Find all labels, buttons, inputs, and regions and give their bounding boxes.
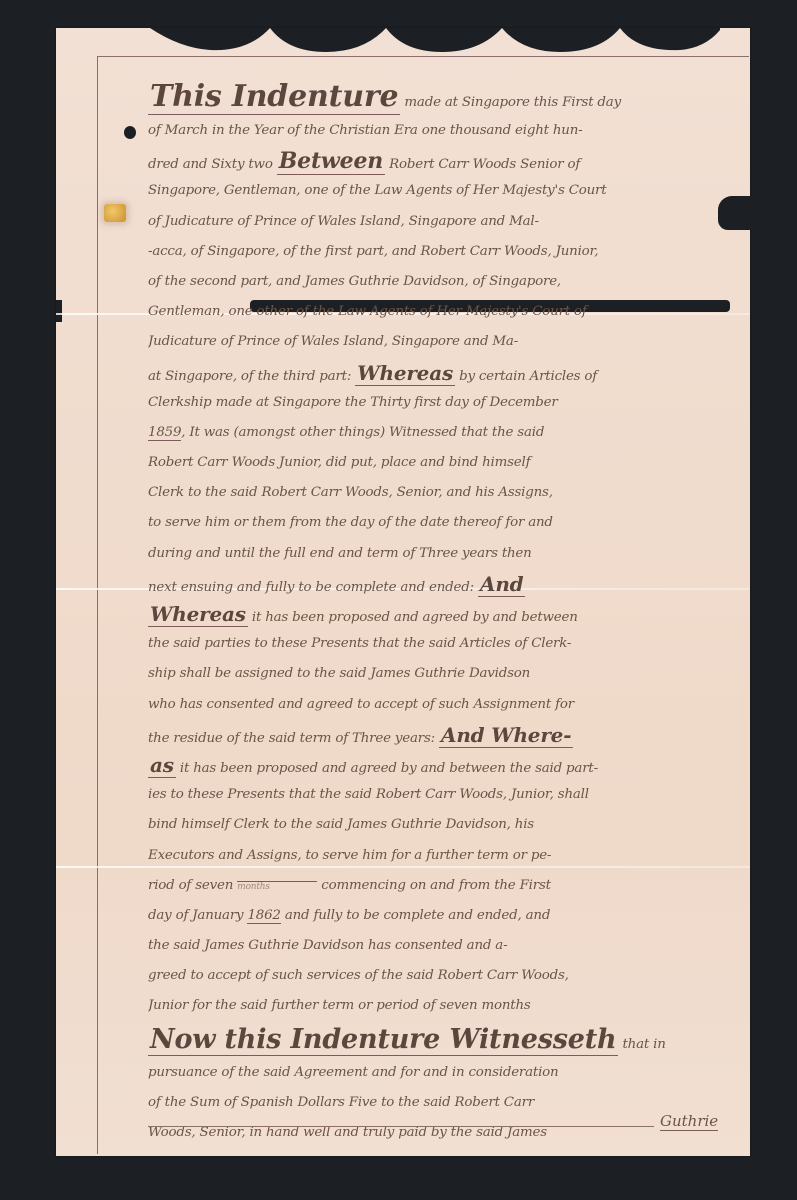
line-text: Executors and Assigns, to serve him for … xyxy=(148,848,551,863)
line-text: the said parties to these Presents that … xyxy=(148,636,571,651)
text-line: This Indenture made at Singapore this Fi… xyxy=(148,72,748,116)
line-text: it has been proposed and agreed by and b… xyxy=(180,761,598,776)
text-line: Robert Carr Woods Junior, did put, place… xyxy=(148,448,748,478)
line-text: of the second part, and James Guthrie Da… xyxy=(148,274,561,289)
heading-this-indenture: This Indenture xyxy=(148,79,400,115)
blank-text: months xyxy=(237,882,270,892)
line-text: of the Sum of Spanish Dollars Five to th… xyxy=(148,1095,534,1110)
line-text: made at Singapore this First day xyxy=(404,95,621,110)
text-line: dred and Sixty two Between Robert Carr W… xyxy=(148,146,748,176)
line-text: it has been proposed and agreed by and b… xyxy=(252,610,578,625)
line-text: pursuance of the said Agreement and for … xyxy=(148,1065,558,1080)
text-line: to serve him or them from the day of the… xyxy=(148,508,748,538)
line-text: , It was (amongst other things) Witnesse… xyxy=(181,425,544,440)
line-text: -acca, of Singapore, of the first part, … xyxy=(148,244,598,259)
filled-blank: months xyxy=(237,871,317,882)
line-text: Gentleman, one other of the Law Agents o… xyxy=(148,304,587,319)
text-line: during and until the full end and term o… xyxy=(148,539,748,569)
line-text: by certain Articles of xyxy=(459,369,597,384)
margin-line xyxy=(97,56,98,1154)
wax-seal-remnant xyxy=(104,204,126,222)
punch-hole xyxy=(124,126,136,139)
line-text: Clerkship made at Singapore the Thirty f… xyxy=(148,395,558,410)
line-text: of March in the Year of the Christian Er… xyxy=(148,123,582,138)
line-text: that in xyxy=(622,1037,665,1052)
text-line: ies to these Presents that the said Robe… xyxy=(148,780,748,810)
text-line: the said parties to these Presents that … xyxy=(148,629,748,659)
line-text: the said James Guthrie Davidson has cons… xyxy=(148,938,507,953)
line-text: greed to accept of such services of the … xyxy=(148,968,569,983)
line-text: at Singapore, of the third part: xyxy=(148,369,351,384)
heading-as: as xyxy=(148,753,176,778)
catchword: Guthrie xyxy=(660,1112,718,1131)
line-text: Junior for the said further term or peri… xyxy=(148,998,531,1013)
line-text: commencing on and from the First xyxy=(321,878,551,893)
text-line: greed to accept of such services of the … xyxy=(148,961,748,991)
heading-between: Between xyxy=(277,148,385,175)
line-text: Clerk to the said Robert Carr Woods, Sen… xyxy=(148,485,553,500)
text-line: Clerkship made at Singapore the Thirty f… xyxy=(148,388,748,418)
line-text: riod of seven xyxy=(148,878,233,893)
line-text: who has consented and agreed to accept o… xyxy=(148,697,574,712)
line-text: ies to these Presents that the said Robe… xyxy=(148,787,589,802)
text-line: Executors and Assigns, to serve him for … xyxy=(148,841,748,871)
heading-whereas: Whereas xyxy=(148,602,248,627)
line-text: and fully to be complete and ended, and xyxy=(285,908,550,923)
text-line: ship shall be assigned to the said James… xyxy=(148,659,748,689)
text-line: as it has been proposed and agreed by an… xyxy=(148,750,748,780)
line-text: ship shall be assigned to the said James… xyxy=(148,666,530,681)
top-ruled-line xyxy=(97,56,749,57)
text-line: Judicature of Prince of Wales Island, Si… xyxy=(148,327,748,357)
line-text: Woods, Senior, in hand well and truly pa… xyxy=(148,1125,547,1140)
line-text: of Judicature of Prince of Wales Island,… xyxy=(148,214,539,229)
text-line: next ensuing and fully to be complete an… xyxy=(148,569,748,599)
line-text: to serve him or them from the day of the… xyxy=(148,515,553,530)
bottom-ruled-line xyxy=(148,1126,654,1127)
text-line: of March in the Year of the Christian Er… xyxy=(148,116,748,146)
text-line: Woods, Senior, in hand well and truly pa… xyxy=(148,1118,748,1148)
line-text: Judicature of Prince of Wales Island, Si… xyxy=(148,334,518,349)
handwritten-text: This Indenture made at Singapore this Fi… xyxy=(148,72,748,1148)
line-text: Robert Carr Woods Senior of xyxy=(389,157,580,172)
heading-and-whereas: And Where- xyxy=(439,723,573,748)
text-line: Gentleman, one other of the Law Agents o… xyxy=(148,297,748,327)
text-line: of the Sum of Spanish Dollars Five to th… xyxy=(148,1088,748,1118)
line-text: day of January xyxy=(148,908,243,923)
text-line: Whereas it has been proposed and agreed … xyxy=(148,599,748,629)
text-line: Clerk to the said Robert Carr Woods, Sen… xyxy=(148,478,748,508)
text-line: at Singapore, of the third part: Whereas… xyxy=(148,358,748,388)
line-text: the residue of the said term of Three ye… xyxy=(148,731,435,746)
heading-whereas: Whereas xyxy=(355,361,455,386)
text-line: of Judicature of Prince of Wales Island,… xyxy=(148,207,748,237)
text-line: Singapore, Gentleman, one of the Law Age… xyxy=(148,176,748,206)
torn-edge-left xyxy=(56,300,62,322)
line-text: Robert Carr Woods Junior, did put, place… xyxy=(148,455,530,470)
text-line: Now this Indenture Witnesseth that in xyxy=(148,1022,748,1058)
line-text: bind himself Clerk to the said James Gut… xyxy=(148,817,534,832)
text-line: day of January 1862 and fully to be comp… xyxy=(148,901,748,931)
heading-now-this-indenture-witnesseth: Now this Indenture Witnesseth xyxy=(148,1024,618,1056)
text-line: who has consented and agreed to accept o… xyxy=(148,690,748,720)
text-line: riod of seven months commencing on and f… xyxy=(148,871,748,901)
line-text: Singapore, Gentleman, one of the Law Age… xyxy=(148,183,606,198)
line-text: dred and Sixty two xyxy=(148,157,273,172)
text-line: the residue of the said term of Three ye… xyxy=(148,720,748,750)
text-line: 1859, It was (amongst other things) Witn… xyxy=(148,418,748,448)
year-1859: 1859 xyxy=(148,425,181,441)
text-line: bind himself Clerk to the said James Gut… xyxy=(148,810,748,840)
year-1862: 1862 xyxy=(247,908,280,924)
text-line: the said James Guthrie Davidson has cons… xyxy=(148,931,748,961)
text-line: -acca, of Singapore, of the first part, … xyxy=(148,237,748,267)
text-line: pursuance of the said Agreement and for … xyxy=(148,1058,748,1088)
line-text: next ensuing and fully to be complete an… xyxy=(148,580,474,595)
heading-and: And xyxy=(478,572,525,597)
line-text: during and until the full end and term o… xyxy=(148,546,532,561)
text-line: of the second part, and James Guthrie Da… xyxy=(148,267,748,297)
text-line: Junior for the said further term or peri… xyxy=(148,991,748,1021)
